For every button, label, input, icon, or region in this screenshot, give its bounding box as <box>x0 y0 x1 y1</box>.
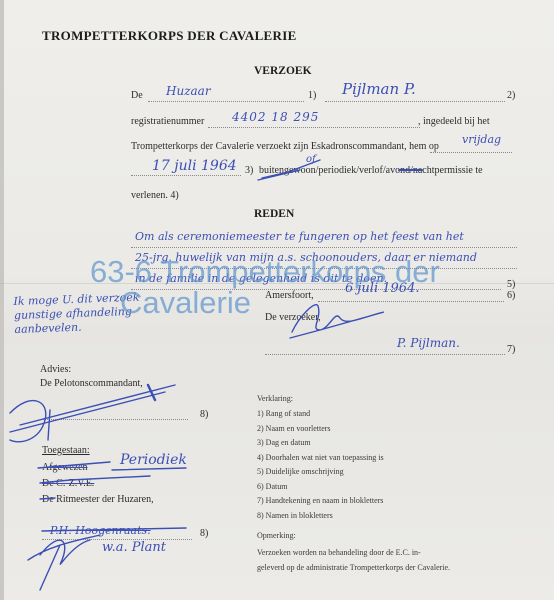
role-ritmeester: De Ritmeester der Huzaren, <box>42 494 154 505</box>
approved-heading: Toegestaan: <box>42 445 90 456</box>
section-verzoek-heading: VERZOEK <box>254 65 312 77</box>
legend-heading: Verklaring: <box>257 394 293 403</box>
requester-label: De verzoeker, <box>265 312 321 323</box>
legend-item: 7) Handtekening en naam in blokletters <box>257 496 384 511</box>
form-title: TROMPETTERKORPS DER CAVALERIE <box>42 28 297 44</box>
section-reden-heading: REDEN <box>254 208 294 220</box>
rank-handwritten: Huzaar <box>166 84 211 98</box>
rejected-label: Afgewezen <box>42 462 88 473</box>
watermark-line-2: Cavalerie <box>120 287 251 318</box>
registration-label: registratienummer <box>131 116 204 127</box>
legend-item: 2) Naam en voorletters <box>257 424 384 439</box>
remark-line-2: geleverd op de administratie Trompetterk… <box>257 563 450 572</box>
name-handwritten: Pijlman P. <box>342 80 416 98</box>
legend-item: 4) Doorhalen wat niet van toepassing is <box>257 453 384 468</box>
marker-8-approval: 8) <box>200 528 208 539</box>
place-date-line <box>318 301 504 302</box>
legend-item: 8) Namen in blokletters <box>257 511 384 526</box>
de-label: De <box>131 90 143 101</box>
marker-8-advice: 8) <box>200 409 208 420</box>
legend-item: 1) Rang of stand <box>257 409 384 424</box>
role-czve: De C.-Z.V.E. <box>42 478 94 489</box>
requester-name-handwritten: P. Pijlman. <box>397 336 460 350</box>
legend-item: 3) Dag en datum <box>257 438 384 453</box>
inserted-handwritten: of <box>306 154 316 165</box>
request-text: Trompetterkorps der Cavalerie verzoekt z… <box>131 141 439 152</box>
day-handwritten: vrijdag <box>462 133 501 146</box>
verlenen-text: verlenen. 4) <box>131 190 179 201</box>
registration-number-handwritten: 4402 18 295 <box>232 110 319 124</box>
advice-signature-line <box>40 419 188 420</box>
assigned-text: , ingedeeld bij het <box>418 116 490 127</box>
permission-options: buitengewoon/periodiek/verlof/avond/nach… <box>259 165 483 176</box>
watermark-line-1: 63-6 Trompetterkorps der <box>90 256 440 287</box>
marker-6: 6) <box>507 290 515 301</box>
date-handwritten: 17 juli 1964 <box>152 158 237 174</box>
reason-text-1: Om als ceremoniemeester te fungeren op h… <box>135 230 464 243</box>
advice-role: De Pelotonscommandant, <box>40 378 143 389</box>
registration-line <box>208 127 420 128</box>
marker-3: 3) <box>245 165 253 176</box>
marker-1: 1) <box>308 90 316 101</box>
approval-handwritten: Periodiek <box>120 452 187 468</box>
advice-label: Advies: <box>40 364 71 375</box>
requester-name-line <box>265 354 505 355</box>
day-line <box>430 152 512 153</box>
approval-signature-handwritten: w.a. Plant <box>102 540 166 555</box>
scanned-form-page: TROMPETTERKORPS DER CAVALERIE VERZOEK De… <box>0 0 554 600</box>
marker-2: 2) <box>507 90 515 101</box>
place-label: Amersfoort, <box>265 290 314 301</box>
name-line <box>325 101 505 102</box>
advice-signature-icon <box>10 385 175 442</box>
reason-line-1 <box>131 247 517 248</box>
struck-name-handwritten: P.H. Hoogenraats. <box>50 524 151 537</box>
ritmeester-signature-icon <box>28 535 100 590</box>
legend-item: 5) Duidelijke omschrijving <box>257 467 384 482</box>
legend-list: 1) Rang of stand 2) Naam en voorletters … <box>257 409 384 525</box>
remark-line-1: Verzoeken worden na behandeling door de … <box>257 548 421 557</box>
legend-item: 6) Datum <box>257 482 384 497</box>
date-line <box>131 175 241 176</box>
rank-line <box>148 101 304 102</box>
marker-7: 7) <box>507 344 515 355</box>
remark-heading: Opmerking: <box>257 531 296 540</box>
marker-5: 5) <box>507 279 515 290</box>
page-edge <box>0 0 4 600</box>
